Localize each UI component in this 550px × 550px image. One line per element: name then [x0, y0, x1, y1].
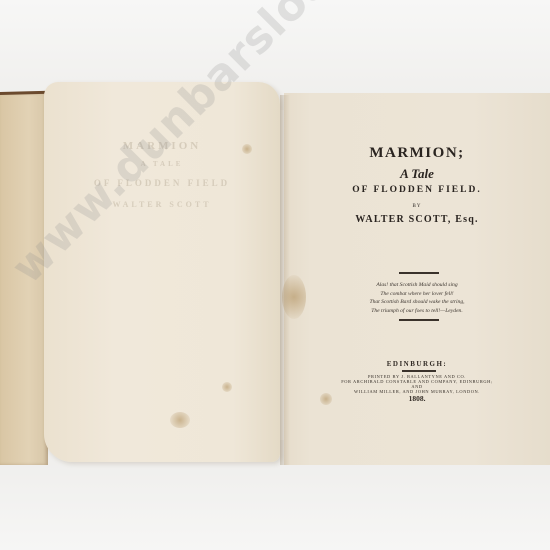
epigraph-line: That Scottish Bard should wake the strin… [284, 298, 550, 307]
offset-text-line: A TALE [44, 160, 280, 168]
book-subtitle-2: OF FLODDEN FIELD. [284, 185, 550, 195]
author-name: WALTER SCOTT, Esq. [284, 214, 550, 225]
offset-text-line: WALTER SCOTT [44, 200, 280, 209]
foxing-stain [222, 382, 232, 392]
by-label: BY [284, 204, 550, 209]
imprint-year: 1808. [284, 394, 550, 403]
book-title: MARMION; [284, 145, 550, 162]
divider-rule [399, 319, 439, 321]
title-page-text: MARMION; A Tale OF FLODDEN FIELD. BY WAL… [284, 0, 550, 550]
left-flyleaf-page: MARMION A TALE OF FLODDEN FIELD WALTER S… [44, 82, 280, 462]
book-subtitle: A Tale [284, 166, 550, 182]
foxing-stain [170, 412, 190, 428]
offset-text-line: OF FLODDEN FIELD [44, 178, 280, 188]
book-cover-edge [0, 93, 48, 465]
epigraph-line: The combat where her lover fell! [284, 290, 550, 299]
photo-scene: MARMION A TALE OF FLODDEN FIELD WALTER S… [0, 0, 550, 550]
epigraph-line: The triumph of our foes to tell!—Leyden. [284, 307, 550, 316]
epigraph: Alas! that Scottish Maid should sing The… [284, 281, 550, 315]
epigraph-line: Alas! that Scottish Maid should sing [284, 281, 550, 290]
foxing-stain [242, 144, 252, 154]
divider-rule [402, 370, 436, 372]
imprint-city: EDINBURGH: [284, 360, 550, 368]
divider-rule [399, 272, 439, 274]
